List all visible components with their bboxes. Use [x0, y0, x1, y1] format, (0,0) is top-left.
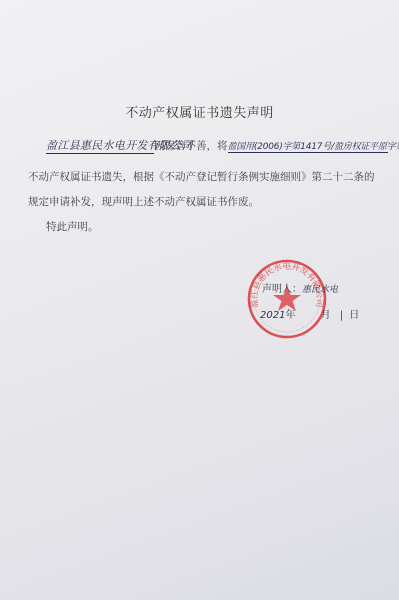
- paragraph-line-2: 不动产权属证书遗失，根据《不动产登记暂行条例实施细则》第二十二条的: [28, 169, 375, 184]
- signature-row: 声明人：惠民水电: [262, 280, 338, 295]
- document-page: 不动产权属证书遗失声明 盈江县惠民水电开发有限公司因保管不善，将盈国用(2006…: [0, 0, 399, 600]
- day-label: 日: [349, 310, 359, 321]
- date-row: 2021年 月 |日: [260, 306, 359, 321]
- signature-label: 声明人：: [262, 284, 302, 295]
- handwritten-certificate-number: 盈国用(2006)字第1417号/盈房权证平原字第7902号: [228, 139, 388, 153]
- year-label: 年: [285, 310, 295, 321]
- official-seal-stamp: 盈江县惠民水电开发有限公司: [246, 258, 328, 340]
- paragraph-line-1: 盈江县惠民水电开发有限公司因保管不善，将盈国用(2006)字第1417号/盈房权…: [46, 137, 388, 154]
- text-after-company: 因保管不善，将: [154, 140, 228, 152]
- month-label: 月: [321, 310, 331, 321]
- handwritten-year: 2021: [260, 310, 285, 321]
- handwritten-signer: 惠民水电: [302, 282, 338, 295]
- day-mark: |: [340, 310, 343, 321]
- paragraph-line-3: 规定申请补发，现声明上述不动产权属证书作废。: [28, 194, 259, 209]
- closing-text: 特此声明。: [46, 219, 99, 234]
- handwritten-company-name: 盈江县惠民水电开发有限公司: [46, 137, 154, 154]
- document-title: 不动产权属证书遗失声明: [0, 102, 399, 121]
